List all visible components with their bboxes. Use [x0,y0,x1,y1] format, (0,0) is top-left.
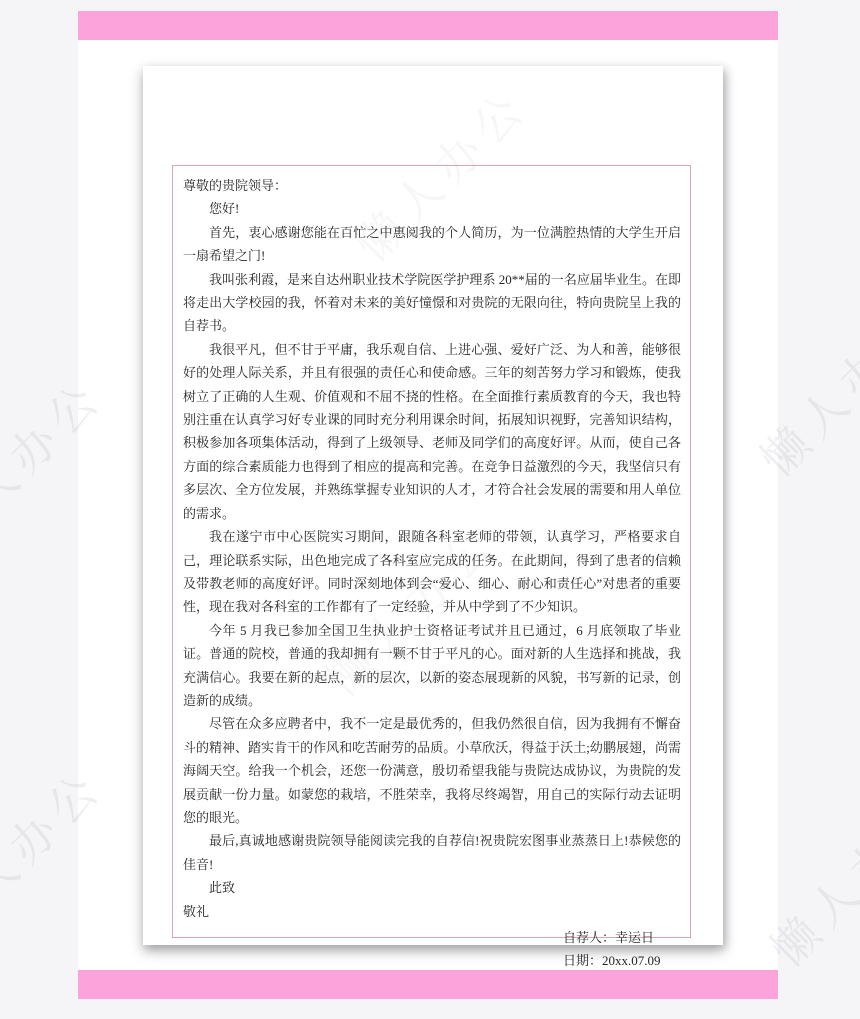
letter-paragraph: 首先，衷心感谢您能在百忙之中惠阅我的个人简历，为一位满腔热情的大学生开启一扇希望… [183,221,681,268]
closing-respectfully: 此致 [183,876,681,899]
letter-paragraph: 我很平凡，但不甘于平庸，我乐观自信、上进心强、爱好广泛、为人和善，能够很好的处理… [183,338,681,525]
signature-block: 自荐人：幸运日 日期：20xx.07.09 [563,926,675,973]
letter-sheet: 尊敬的贵院领导： 您好! 首先，衷心感谢您能在百忙之中惠阅我的个人简历，为一位满… [143,66,723,945]
page-background: 自荐信 尊敬的贵院领导： 您好! 首先，衷心感谢您能在百忙之中惠阅我的个人简历，… [0,0,860,1019]
letter-paragraph: 最后,真诚地感谢贵院领导能阅读完我的自荐信!祝贵院宏图事业蒸蒸日上!恭候您的佳音… [183,829,681,876]
letter-body: 尊敬的贵院领导： 您好! 首先，衷心感谢您能在百忙之中惠阅我的个人简历，为一位满… [172,165,691,938]
top-pink-bar [78,11,778,40]
letter-paragraph: 尽管在众多应聘者中，我不一定是最优秀的，但我仍然很自信，因为我拥有不懈奋斗的精神… [183,712,681,829]
salutation: 尊敬的贵院领导： [183,174,681,197]
signer-line: 自荐人：幸运日 [563,926,675,949]
greeting: 您好! [183,197,681,220]
letter-paragraph: 今年 5 月我已参加全国卫生执业护士资格证考试并且已通过，6 月底领取了毕业证。… [183,619,681,713]
letter-paragraph: 我叫张利霞，是来自达州职业技术学院医学护理系 20**届的一名应届毕业生。在即将… [183,268,681,338]
document-page: 自荐信 尊敬的贵院领导： 您好! 首先，衷心感谢您能在百忙之中惠阅我的个人简历，… [78,11,778,999]
date-line: 日期：20xx.07.09 [563,949,675,972]
bottom-pink-bar [78,970,778,999]
letter-paragraph: 我在遂宁市中心医院实习期间，跟随各科室老师的带领，认真学习，严格要求自己，理论联… [183,525,681,619]
closing-salute: 敬礼 [183,900,681,923]
letter-paragraphs: 首先，衷心感谢您能在百忙之中惠阅我的个人简历，为一位满腔热情的大学生开启一扇希望… [183,221,681,876]
